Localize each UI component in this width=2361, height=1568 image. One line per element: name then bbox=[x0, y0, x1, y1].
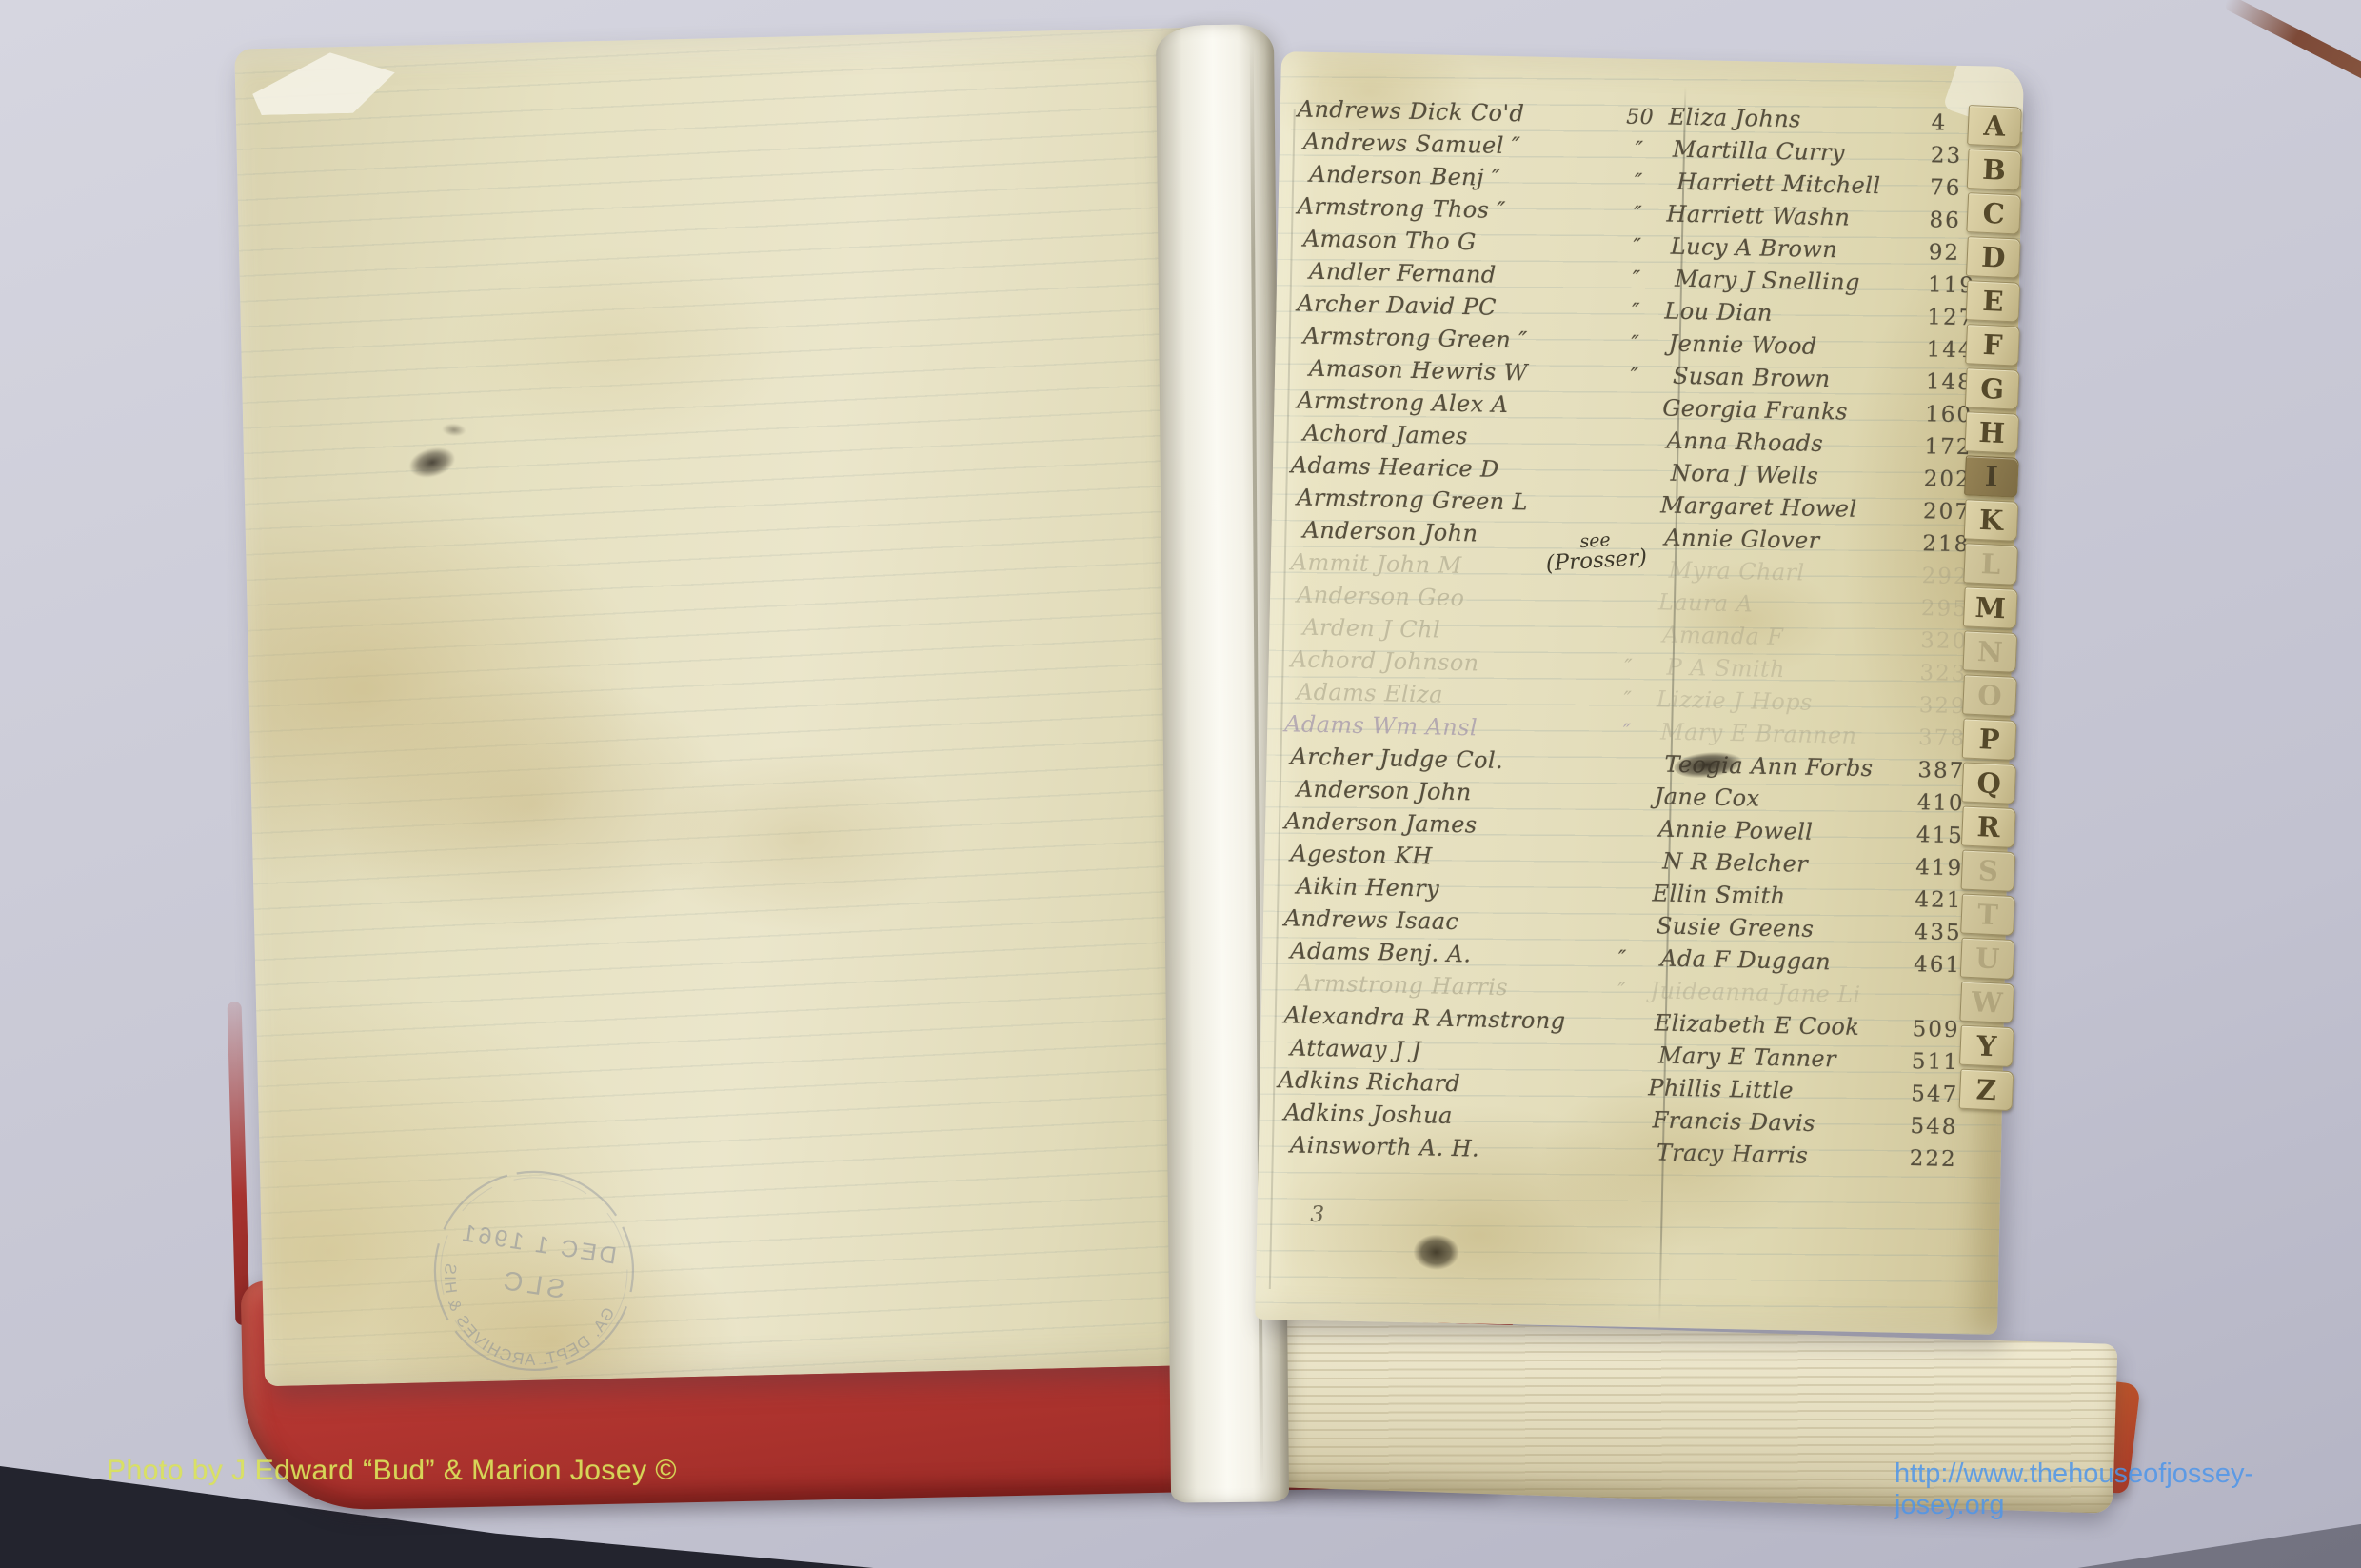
alphabet-tab-z[interactable]: Z bbox=[1959, 1069, 2014, 1111]
index-page-ref: 548 bbox=[1910, 1114, 1977, 1140]
tab-letter: P bbox=[1978, 725, 2000, 754]
bride-name: Margaret Howel bbox=[1660, 491, 1924, 524]
groom-name: Amason Hewris W bbox=[1292, 354, 1607, 387]
ditto-mark: ″ bbox=[1609, 202, 1667, 227]
tab-letter: R bbox=[1976, 813, 2000, 842]
groom-name: Adams Hearice D bbox=[1290, 451, 1605, 485]
groom-name: Achord Johnson bbox=[1285, 645, 1600, 679]
groom-name: Alexandra R Armstrong bbox=[1279, 1002, 1594, 1035]
bride-name: Phillis Little bbox=[1648, 1074, 1912, 1106]
ditto-mark: ″ bbox=[1606, 364, 1664, 388]
ditto-mark bbox=[1592, 1062, 1649, 1062]
ditto-mark bbox=[1603, 511, 1660, 512]
bride-name: N R Belcher bbox=[1653, 847, 1916, 880]
ditto-mark bbox=[1596, 867, 1653, 868]
groom-name: Anderson James bbox=[1282, 807, 1597, 841]
alphabet-tab-o[interactable]: O bbox=[1962, 674, 2017, 716]
ditto-mark bbox=[1591, 1094, 1648, 1095]
groom-name: Armstrong Harris bbox=[1279, 969, 1594, 1002]
ditto-mark: ″ bbox=[1599, 687, 1657, 712]
groom-name: Anderson Geo bbox=[1287, 581, 1602, 614]
ditto-mark: ″ bbox=[1594, 946, 1652, 971]
groom-name: Archer Judge Col. bbox=[1283, 743, 1598, 776]
bride-name: Mary E Tanner bbox=[1649, 1042, 1913, 1074]
website-watermark: http://www.thehouseofjossey-josey.org bbox=[1895, 1459, 2361, 1521]
groom-name: Anderson John bbox=[1283, 775, 1598, 808]
groom-name: Armstrong Alex A bbox=[1291, 387, 1606, 420]
ditto-mark bbox=[1602, 576, 1659, 577]
svg-text:SLC: SLC bbox=[497, 1265, 566, 1304]
alphabet-tab-s[interactable]: S bbox=[1960, 850, 2015, 892]
groom-name: Adams Wm Ansl bbox=[1284, 710, 1599, 744]
bride-name: Georgia Franks bbox=[1662, 394, 1926, 427]
alphabet-tab-y[interactable]: Y bbox=[1959, 1025, 2014, 1067]
groom-name: Arden J Chl bbox=[1286, 613, 1601, 646]
photo-of-open-ledger: GA. DEPT. ARCHIVES & HISTORY DEC 1 1961 … bbox=[0, 0, 2361, 1568]
bride-name: Nora J Wells bbox=[1661, 459, 1925, 491]
alphabet-tab-c[interactable]: C bbox=[1966, 192, 2021, 234]
photographer-watermark: Photo by J Edward “Bud” & Marion Josey © bbox=[107, 1455, 677, 1487]
bride-name: Laura A bbox=[1658, 588, 1922, 621]
tab-letter: Z bbox=[1975, 1076, 1996, 1104]
tab-letter: S bbox=[1977, 857, 1998, 885]
bride-name: Tracy Harris bbox=[1647, 1139, 1911, 1171]
groom-name: Amason Tho G bbox=[1295, 225, 1610, 258]
ditto-mark: ″ bbox=[1611, 137, 1669, 162]
red-cover-left-edge bbox=[228, 1002, 250, 1325]
alphabet-tab-a[interactable]: A bbox=[1967, 105, 2022, 147]
alphabet-tab-p[interactable]: P bbox=[1962, 718, 2017, 760]
svg-text:DEC 1 1961: DEC 1 1961 bbox=[458, 1220, 619, 1270]
ditto-mark bbox=[1604, 479, 1661, 480]
ditto-mark bbox=[1601, 608, 1658, 609]
ditto-mark bbox=[1593, 1029, 1650, 1030]
bride-name: Mary J Snelling bbox=[1665, 265, 1929, 297]
groom-name: Andler Fernand bbox=[1294, 257, 1609, 290]
bride-name: Jennie Wood bbox=[1663, 329, 1927, 362]
bride-name: Annie Glover bbox=[1659, 524, 1923, 556]
alphabet-tab-r[interactable]: R bbox=[1961, 805, 2016, 847]
ditto-mark: ″ bbox=[1607, 299, 1665, 324]
bride-name: Anna Rhoads bbox=[1661, 427, 1925, 459]
tab-letter: A bbox=[1983, 111, 2006, 140]
ditto-mark: ″ bbox=[1609, 234, 1667, 259]
bride-name: Juideanna Jane Li bbox=[1650, 977, 1914, 1009]
bride-name: Lou Dian bbox=[1664, 297, 1928, 329]
groom-name: Ageston KH bbox=[1281, 840, 1597, 873]
bride-name: Mary E Brannen bbox=[1656, 718, 1919, 750]
alphabet-tab-u[interactable]: U bbox=[1960, 938, 2015, 980]
tab-letter: M bbox=[1974, 593, 2006, 622]
svg-text:GA. DEPT. ARCHIVES & HISTORY: GA. DEPT. ARCHIVES & HISTORY bbox=[427, 1152, 674, 1387]
index-rows: Andrews Dick Co'd50Eliza Johns4Andrews S… bbox=[1276, 95, 1998, 1178]
bride-name: Harriett Washn bbox=[1666, 200, 1930, 232]
ditto-mark: ″ bbox=[1608, 267, 1666, 291]
groom-name: Armstrong Green L bbox=[1289, 484, 1604, 517]
ditto-mark bbox=[1600, 641, 1657, 642]
ditto-mark bbox=[1595, 932, 1652, 933]
alphabet-tab-m[interactable]: M bbox=[1963, 586, 2018, 628]
ditto-mark: ″ bbox=[1599, 655, 1657, 680]
ditto-mark bbox=[1590, 1159, 1647, 1160]
alphabet-tab-l[interactable]: L bbox=[1963, 543, 2018, 585]
bride-name: Myra Charl bbox=[1658, 556, 1922, 588]
tab-letter: E bbox=[1982, 287, 2004, 315]
groom-name: Achord James bbox=[1290, 419, 1605, 452]
alphabet-tab-h[interactable]: H bbox=[1964, 411, 2019, 453]
bride-name: Ada F Duggan bbox=[1651, 944, 1915, 977]
index-page: Andrews Dick Co'd50Eliza Johns4Andrews S… bbox=[1255, 51, 2024, 1335]
groom-name: Andrews Dick Co'd bbox=[1297, 95, 1612, 129]
ditto-mark bbox=[1590, 1126, 1647, 1127]
page-number: 3 bbox=[1310, 1202, 1324, 1227]
bride-name: Annie Powell bbox=[1654, 815, 1917, 847]
ditto-mark: ″ bbox=[1593, 979, 1651, 1003]
archive-stamp: GA. DEPT. ARCHIVES & HISTORY DEC 1 1961 … bbox=[393, 1152, 675, 1387]
groom-name: Armstrong Thos ″ bbox=[1295, 192, 1610, 226]
index-page-ref: 222 bbox=[1910, 1146, 1977, 1172]
bride-name: Lucy A Brown bbox=[1666, 232, 1930, 265]
tab-letter: F bbox=[1982, 330, 2003, 359]
bride-name: Elizabeth E Cook bbox=[1649, 1009, 1913, 1042]
alphabet-tab-f[interactable]: F bbox=[1965, 324, 2020, 366]
alphabet-tab-i[interactable]: I bbox=[1964, 455, 2019, 497]
see-prosser-note: see (Prosser) bbox=[1544, 529, 1648, 576]
bride-name: Harriett Mitchell bbox=[1667, 168, 1931, 200]
ink-smudge bbox=[400, 435, 470, 488]
tab-letter: T bbox=[1977, 901, 1999, 929]
tab-letter: U bbox=[1974, 944, 2000, 973]
ditto-mark bbox=[1597, 835, 1654, 836]
left-blank-page: GA. DEPT. ARCHIVES & HISTORY DEC 1 1961 … bbox=[234, 28, 1226, 1387]
alphabet-tab-n[interactable]: N bbox=[1962, 630, 2017, 672]
alphabet-tab-t[interactable]: T bbox=[1960, 894, 2015, 936]
groom-name: Archer David PC bbox=[1293, 289, 1608, 323]
groom-name: Andrews Isaac bbox=[1280, 904, 1596, 938]
tab-letter: Q bbox=[1976, 769, 2002, 798]
alphabet-tab-b[interactable]: B bbox=[1967, 149, 2022, 190]
groom-name: Aikin Henry bbox=[1280, 872, 1596, 905]
tab-letter: O bbox=[1977, 682, 2003, 710]
ditto-mark bbox=[1597, 803, 1655, 804]
ditto-mark: ″ bbox=[1598, 720, 1657, 744]
alphabet-tab-e[interactable]: E bbox=[1966, 280, 2021, 322]
groom-name: Anderson Benj ″ bbox=[1296, 160, 1611, 193]
groom-name: Attaway J J bbox=[1278, 1034, 1593, 1067]
bride-name: Martilla Curry bbox=[1668, 136, 1932, 169]
tab-letter: Y bbox=[1976, 1032, 1997, 1061]
ditto-mark bbox=[1595, 900, 1652, 901]
groom-name: Adkins Richard bbox=[1277, 1066, 1592, 1100]
ditto-mark bbox=[1597, 770, 1655, 771]
bride-name: Ellin Smith bbox=[1652, 880, 1915, 912]
tab-letter: N bbox=[1976, 638, 2003, 666]
ditto-mark bbox=[1605, 414, 1662, 415]
alphabet-tab-d[interactable]: D bbox=[1966, 236, 2021, 278]
groom-name: Adams Eliza bbox=[1285, 678, 1600, 711]
tab-letter: C bbox=[1982, 199, 2005, 228]
bride-name: Susie Greens bbox=[1652, 912, 1915, 944]
alphabet-tab-g[interactable]: G bbox=[1965, 367, 2020, 409]
tab-letter: G bbox=[1980, 374, 2005, 403]
ink-blot-bottom bbox=[1406, 1231, 1466, 1278]
tab-letter: I bbox=[1984, 463, 1998, 491]
bride-name: Amanda F bbox=[1657, 621, 1921, 653]
groom-name: Adkins Joshua bbox=[1276, 1099, 1591, 1132]
bride-name: P A Smith bbox=[1657, 653, 1920, 685]
bride-name: Susan Brown bbox=[1663, 362, 1927, 394]
ditto-mark: 50 bbox=[1611, 105, 1669, 129]
table-edge-streak bbox=[2223, 0, 2361, 150]
tab-letter: D bbox=[1981, 243, 2006, 271]
tab-letter: H bbox=[1978, 418, 2006, 447]
ditto-mark: ″ bbox=[1610, 169, 1668, 194]
bride-name: Lizzie J Hops bbox=[1657, 685, 1920, 718]
tab-letter: K bbox=[1978, 506, 2004, 534]
alphabet-tab-w[interactable]: W bbox=[1959, 982, 2014, 1023]
tab-letter: L bbox=[1980, 550, 2001, 579]
ditto-mark: ″ bbox=[1606, 331, 1664, 356]
groom-name: Armstrong Green ″ bbox=[1292, 322, 1607, 355]
groom-name: Adams Benj. A. bbox=[1280, 937, 1595, 970]
bride-name: Francis Davis bbox=[1647, 1106, 1911, 1139]
groom-name: Ainsworth A. H. bbox=[1276, 1131, 1591, 1164]
ditto-mark bbox=[1604, 447, 1661, 447]
bride-name: Jane Cox bbox=[1654, 783, 1917, 815]
bride-name: Eliza Johns bbox=[1668, 104, 1932, 136]
groom-name: Andrews Samuel ″ bbox=[1297, 128, 1612, 161]
alphabet-tab-k[interactable]: K bbox=[1964, 499, 2019, 541]
tab-letter: W bbox=[1971, 988, 2003, 1017]
tab-letter: B bbox=[1982, 155, 2007, 184]
alphabet-tab-q[interactable]: Q bbox=[1961, 762, 2016, 804]
